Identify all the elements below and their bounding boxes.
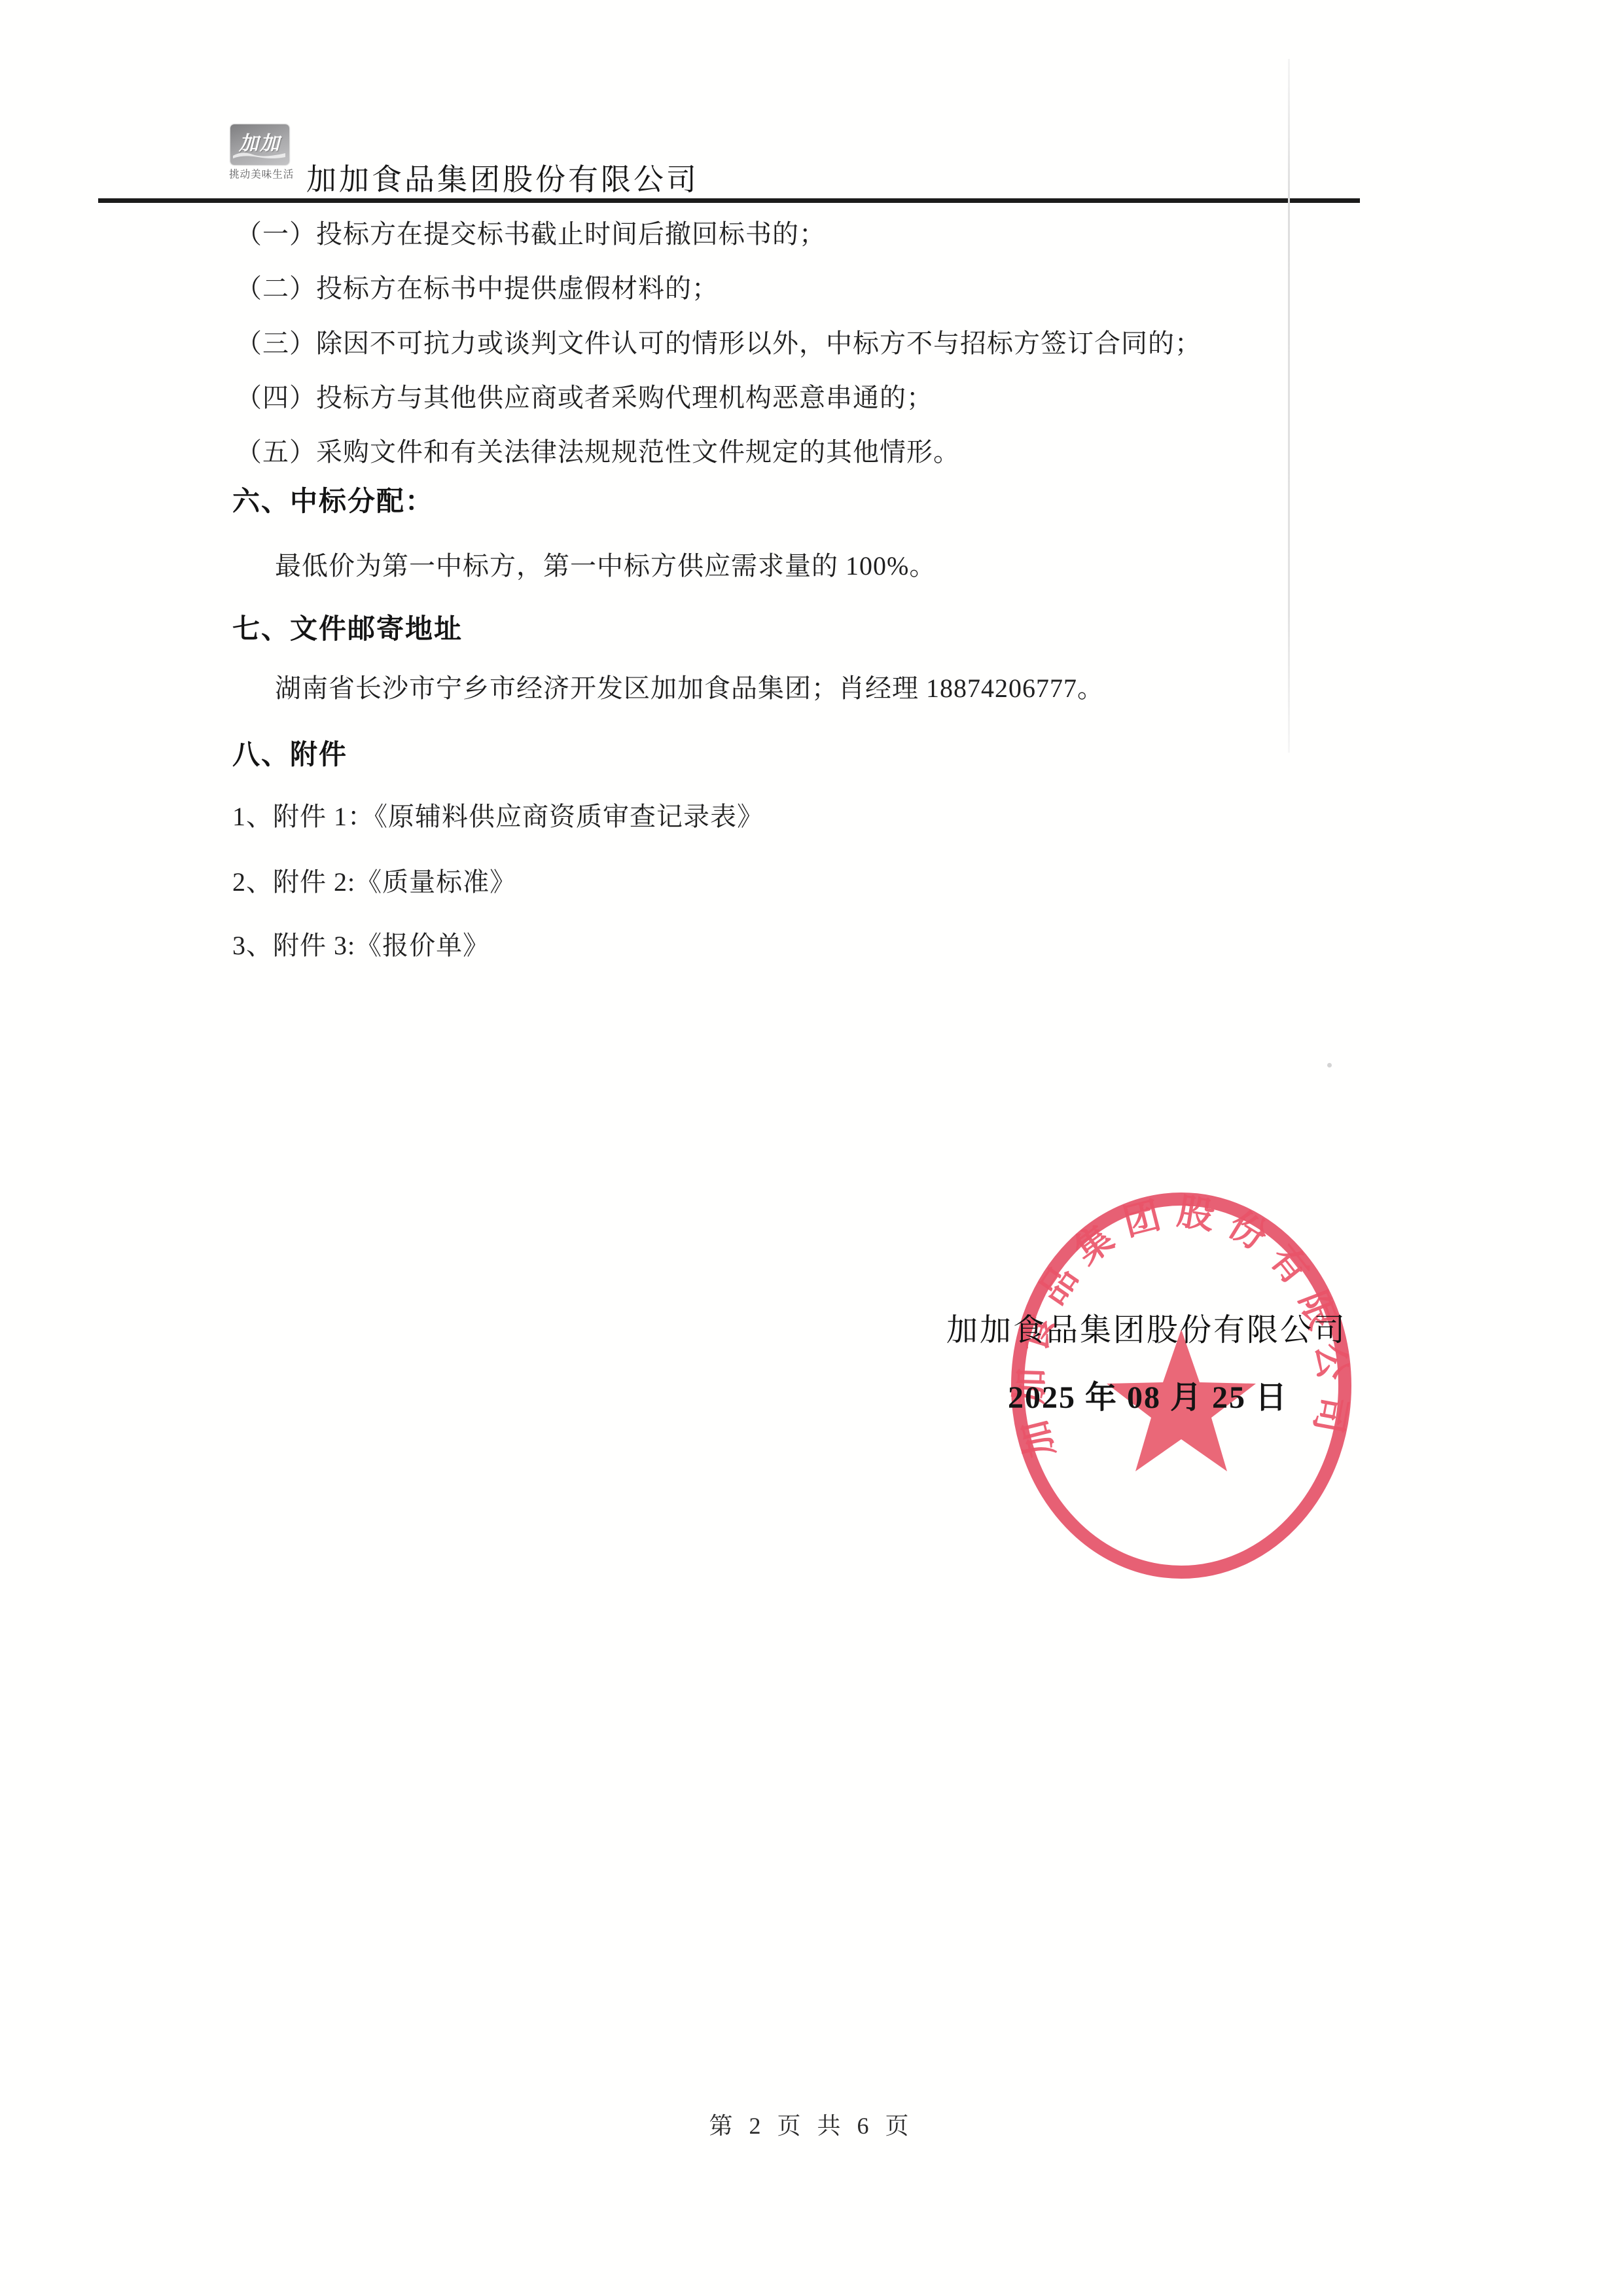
clause-item: （四）投标方与其他供应商或者采购代理机构恶意串通的；	[236, 377, 933, 414]
section-title-award-allocation: 六、中标分配：	[232, 480, 434, 519]
scan-fold-line	[1288, 59, 1290, 753]
section-title-mailing-address: 七、文件邮寄地址	[232, 607, 463, 647]
clause-item: （二）投标方在标书中提供虚假材料的；	[236, 268, 719, 305]
attachment-item: 1、附件 1：《原辅料供应商资质审查记录表》	[232, 796, 764, 833]
section-paragraph-mailing-address: 湖南省长沙市宁乡市经济开发区加加食品集团；肖经理 18874206777。	[275, 668, 1104, 705]
logo-wave-icon	[233, 151, 285, 160]
clause-item: （五）采购文件和有关法律法规规范性文件规定的其他情形。	[236, 431, 960, 469]
attachment-item: 2、附件 2:《质量标准》	[232, 861, 516, 899]
logo-tagline: 挑动美味生活	[229, 166, 301, 181]
document-page: 加加 挑动美味生活 加加食品集团股份有限公司 （一）投标方在提交标书截止时间后撤…	[0, 0, 1623, 2296]
company-logo: 加加	[230, 124, 289, 165]
clause-item: （三）除因不可抗力或谈判文件认可的情形以外，中标方不与招标方签订合同的；	[236, 323, 1202, 360]
section-paragraph-award-allocation: 最低价为第一中标方，第一中标方供应需求量的 100%。	[275, 545, 936, 583]
page-number-footer: 第 2 页 共 6 页	[0, 2108, 1623, 2141]
header-rule	[98, 198, 1360, 203]
clause-item: （一）投标方在提交标书截止时间后撤回标书的；	[236, 213, 826, 251]
signature-company: 加加食品集团股份有限公司	[946, 1304, 1347, 1350]
header-company-title: 加加食品集团股份有限公司	[306, 156, 699, 199]
signature-date: 2025 年 08 月 25 日	[1008, 1372, 1288, 1417]
scan-speck	[1327, 1063, 1332, 1067]
attachment-item: 3、附件 3:《报价单》	[232, 925, 490, 962]
section-title-attachments: 八、附件	[232, 733, 348, 772]
